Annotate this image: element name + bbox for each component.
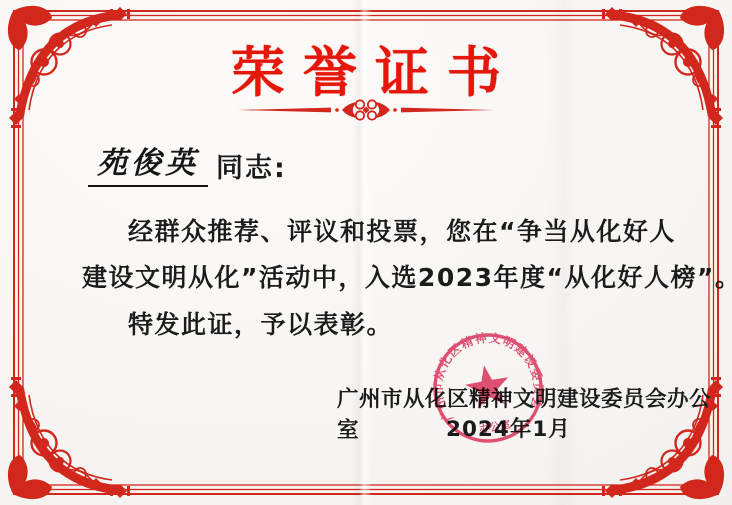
certificate-page: 荣誉证书 苑俊英 同志: 经群众推荐、评议和投票，您在“争当从化好人 建设文明从… — [0, 0, 732, 505]
recipient-name: 苑俊英 — [97, 146, 199, 181]
ornamental-divider-icon — [236, 95, 496, 125]
official-seal: 广州市从化区精神文明建设委员会 办公室 — [418, 326, 560, 454]
seal-bottom-text: 办公室 — [478, 418, 512, 436]
body-line: 特发此证，予以表彰。 — [128, 305, 393, 341]
body-line: 建设文明从化”活动中，入选2023年度“从化好人榜”。 — [82, 258, 732, 294]
recipient-name-underline: 苑俊英 — [88, 138, 208, 187]
salutation: 同志: — [216, 146, 287, 185]
star-icon — [462, 362, 512, 411]
body-line: 经群众推荐、评议和投票，您在“争当从化好人 — [128, 212, 676, 248]
